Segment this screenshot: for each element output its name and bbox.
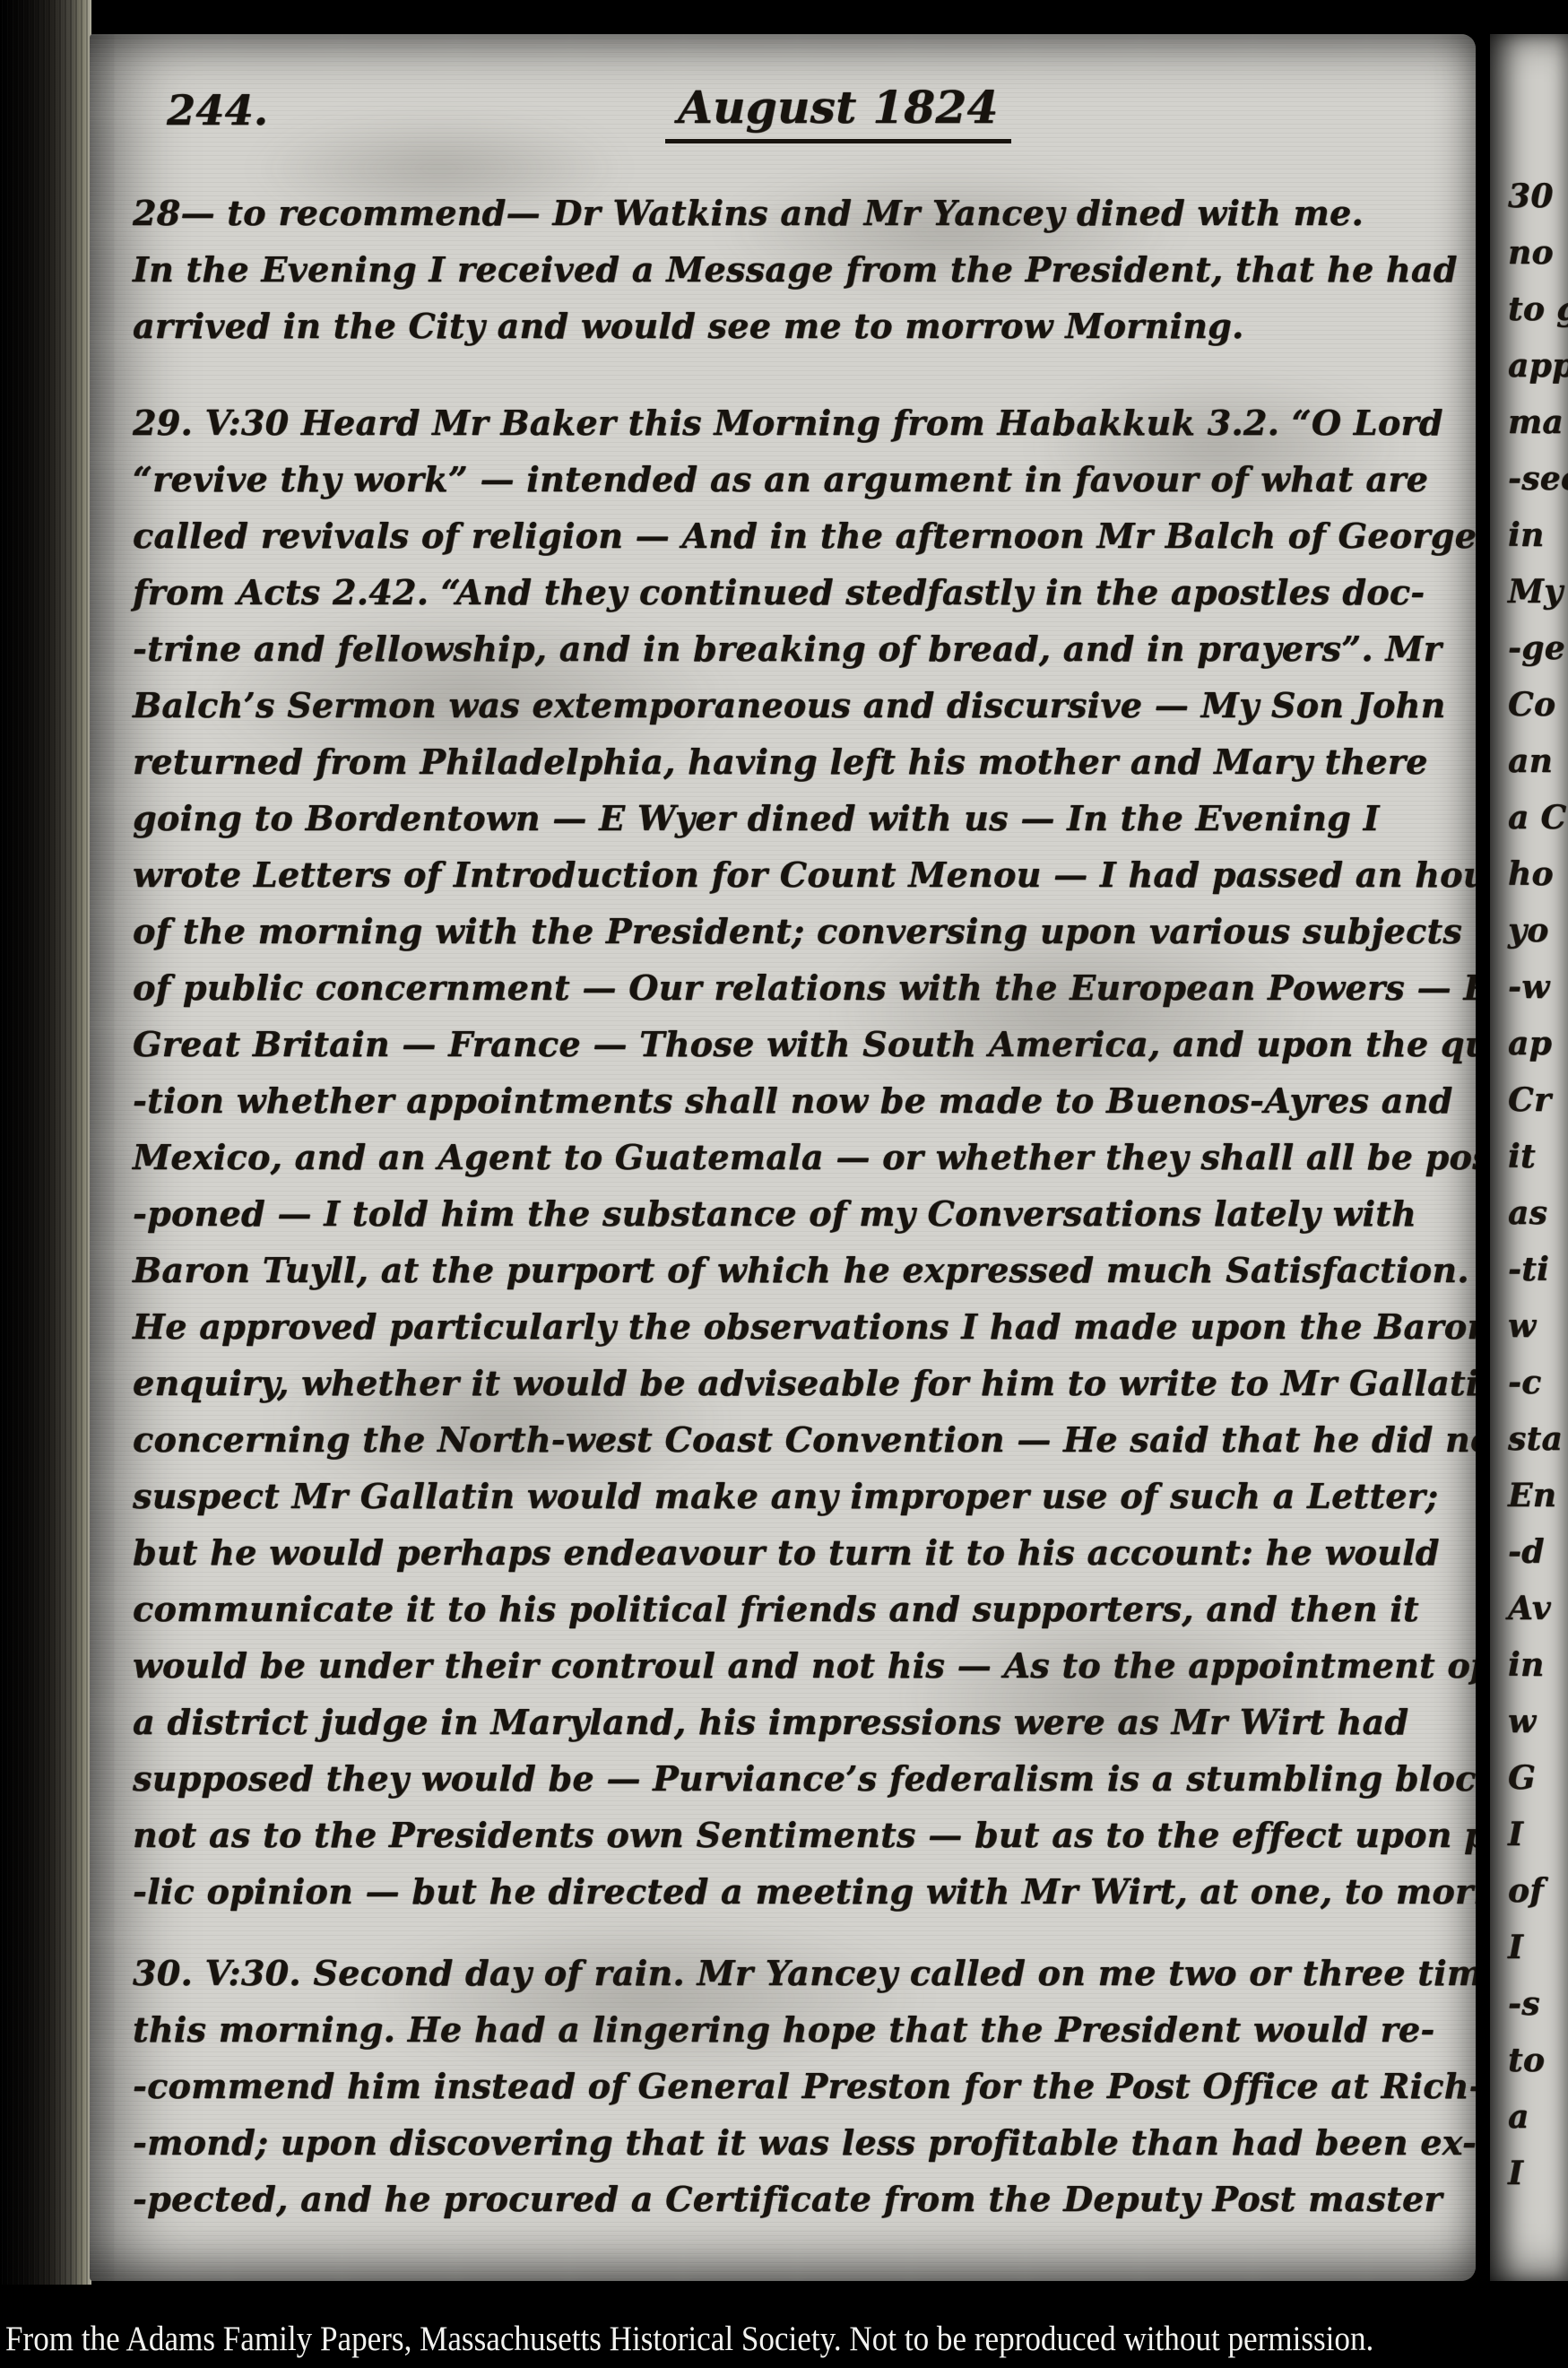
facing-page-fragment: w — [1508, 1694, 1568, 1750]
manuscript-line: 29. V:30 Heard Mr Baker this Morning fro… — [133, 395, 1458, 451]
manuscript-page: 244. August 1824 28— to recommend— Dr Wa… — [90, 34, 1476, 2281]
facing-page-fragment: no — [1508, 225, 1568, 282]
facing-page-fragment: in — [1508, 1637, 1568, 1694]
manuscript-line: returned from Philadelphia, having left … — [133, 733, 1458, 790]
facing-page-fragment: I — [1508, 1807, 1568, 1863]
manuscript-line: -commend him instead of General Preston … — [133, 2058, 1458, 2114]
facing-page-text: 30 no to g app ma -sec in My -ge Co an a… — [1508, 169, 1568, 2202]
facing-page-fragment: G — [1508, 1750, 1568, 1807]
facing-page-fragment: it — [1508, 1129, 1568, 1185]
archive-caption: From the Adams Family Papers, Massachuse… — [5, 2319, 1373, 2359]
manuscript-line: 28— to recommend— Dr Watkins and Mr Yanc… — [133, 185, 1458, 241]
manuscript-line: 30. V:30. Second day of rain. Mr Yancey … — [133, 1945, 1458, 2001]
manuscript-scan: 244. August 1824 28— to recommend— Dr Wa… — [0, 0, 1568, 2368]
facing-page-fragment: in — [1508, 507, 1568, 564]
diary-body: 28— to recommend— Dr Watkins and Mr Yanc… — [133, 185, 1458, 2227]
facing-page-fragment: app — [1508, 338, 1568, 395]
facing-page-fragment: of — [1508, 1863, 1568, 1920]
facing-page-fragment: sta — [1508, 1411, 1568, 1468]
facing-page-fragment: My — [1508, 564, 1568, 620]
manuscript-line: supposed they would be — Purviance’s fed… — [133, 1750, 1458, 1807]
facing-page-fragment: yo — [1508, 903, 1568, 959]
manuscript-line: He approved particularly the observation… — [133, 1298, 1458, 1355]
facing-page-fragment: I — [1508, 2146, 1568, 2202]
facing-page-fragment: a C — [1508, 790, 1568, 846]
manuscript-line: -mond; upon discovering that it was less… — [133, 2114, 1458, 2171]
manuscript-line: this morning. He had a lingering hope th… — [133, 2001, 1458, 2058]
diary-entry-29: 29. V:30 Heard Mr Baker this Morning fro… — [133, 395, 1458, 1920]
facing-page-fragment: Co — [1508, 677, 1568, 733]
manuscript-line: suspect Mr Gallatin would make any impro… — [133, 1468, 1458, 1524]
manuscript-line: Mexico, and an Agent to Guatemala — or w… — [133, 1129, 1458, 1185]
manuscript-line: Baron Tuyll, at the purport of which he … — [133, 1242, 1458, 1298]
facing-page-fragment: an — [1508, 733, 1568, 790]
facing-page-fragment: -ti — [1508, 1242, 1568, 1298]
facing-page-fragment: 30 — [1508, 169, 1568, 225]
manuscript-line: concerning the North-west Coast Conventi… — [133, 1411, 1458, 1468]
book-spine — [0, 0, 91, 2285]
facing-page-fragment: Cr — [1508, 1072, 1568, 1129]
facing-page-fragment: ma — [1508, 395, 1568, 451]
manuscript-line: enquiry, whether it would be adviseable … — [133, 1355, 1458, 1411]
facing-page-fragment: -s — [1508, 1976, 1568, 2033]
facing-page-fragment: -d — [1508, 1524, 1568, 1581]
page-header-title: August 1824 — [665, 81, 1011, 143]
facing-page-fragment: -w — [1508, 959, 1568, 1016]
manuscript-line: -pected, and he procured a Certificate f… — [133, 2171, 1458, 2227]
facing-page-fragment: ho — [1508, 846, 1568, 903]
facing-page-strip: 30 no to g app ma -sec in My -ge Co an a… — [1490, 34, 1568, 2281]
manuscript-line: Great Britain — France — Those with Sout… — [133, 1016, 1458, 1072]
manuscript-line: going to Bordentown — E Wyer dined with … — [133, 790, 1458, 846]
manuscript-line: of the morning with the President; conve… — [133, 903, 1458, 959]
facing-page-fragment: w — [1508, 1298, 1568, 1355]
facing-page-fragment: to g — [1508, 282, 1568, 338]
facing-page-fragment: -c — [1508, 1355, 1568, 1411]
manuscript-line: but he would perhaps endeavour to turn i… — [133, 1524, 1458, 1581]
manuscript-line: -poned — I told him the substance of my … — [133, 1185, 1458, 1242]
manuscript-line: of public concernment — Our relations wi… — [133, 959, 1458, 1016]
manuscript-line: -lic opinion — but he directed a meeting… — [133, 1863, 1458, 1920]
manuscript-line: would be under their controul and not hi… — [133, 1637, 1458, 1694]
manuscript-line: from Acts 2.42. “And they continued sted… — [133, 564, 1458, 620]
manuscript-line: -trine and fellowship, and in breaking o… — [133, 620, 1458, 677]
facing-page-fragment: I — [1508, 1920, 1568, 1976]
manuscript-line: a district judge in Maryland, his impres… — [133, 1694, 1458, 1750]
manuscript-line: not as to the Presidents own Sentiments … — [133, 1807, 1458, 1863]
manuscript-line: arrived in the City and would see me to … — [133, 298, 1458, 354]
facing-page-fragment: Av — [1508, 1581, 1568, 1637]
facing-page-fragment: -sec — [1508, 451, 1568, 507]
diary-entry-30: 30. V:30. Second day of rain. Mr Yancey … — [133, 1945, 1458, 2227]
facing-page-fragment: En — [1508, 1468, 1568, 1524]
manuscript-line: “revive thy work” — intended as an argum… — [133, 451, 1458, 507]
facing-page-fragment: as — [1508, 1185, 1568, 1242]
facing-page-fragment: a — [1508, 2089, 1568, 2146]
manuscript-line: called revivals of religion — And in the… — [133, 507, 1458, 564]
diary-entry-28: 28— to recommend— Dr Watkins and Mr Yanc… — [133, 185, 1458, 354]
manuscript-line: In the Evening I received a Message from… — [133, 241, 1458, 298]
manuscript-line: -tion whether appointments shall now be … — [133, 1072, 1458, 1129]
manuscript-line: communicate it to his political friends … — [133, 1581, 1458, 1637]
manuscript-line: wrote Letters of Introduction for Count … — [133, 846, 1458, 903]
facing-page-fragment: -ge — [1508, 620, 1568, 677]
page-number: 244. — [167, 86, 268, 134]
manuscript-line: Balch’s Sermon was extemporaneous and di… — [133, 677, 1458, 733]
facing-page-fragment: ap — [1508, 1016, 1568, 1072]
facing-page-fragment: to — [1508, 2033, 1568, 2089]
